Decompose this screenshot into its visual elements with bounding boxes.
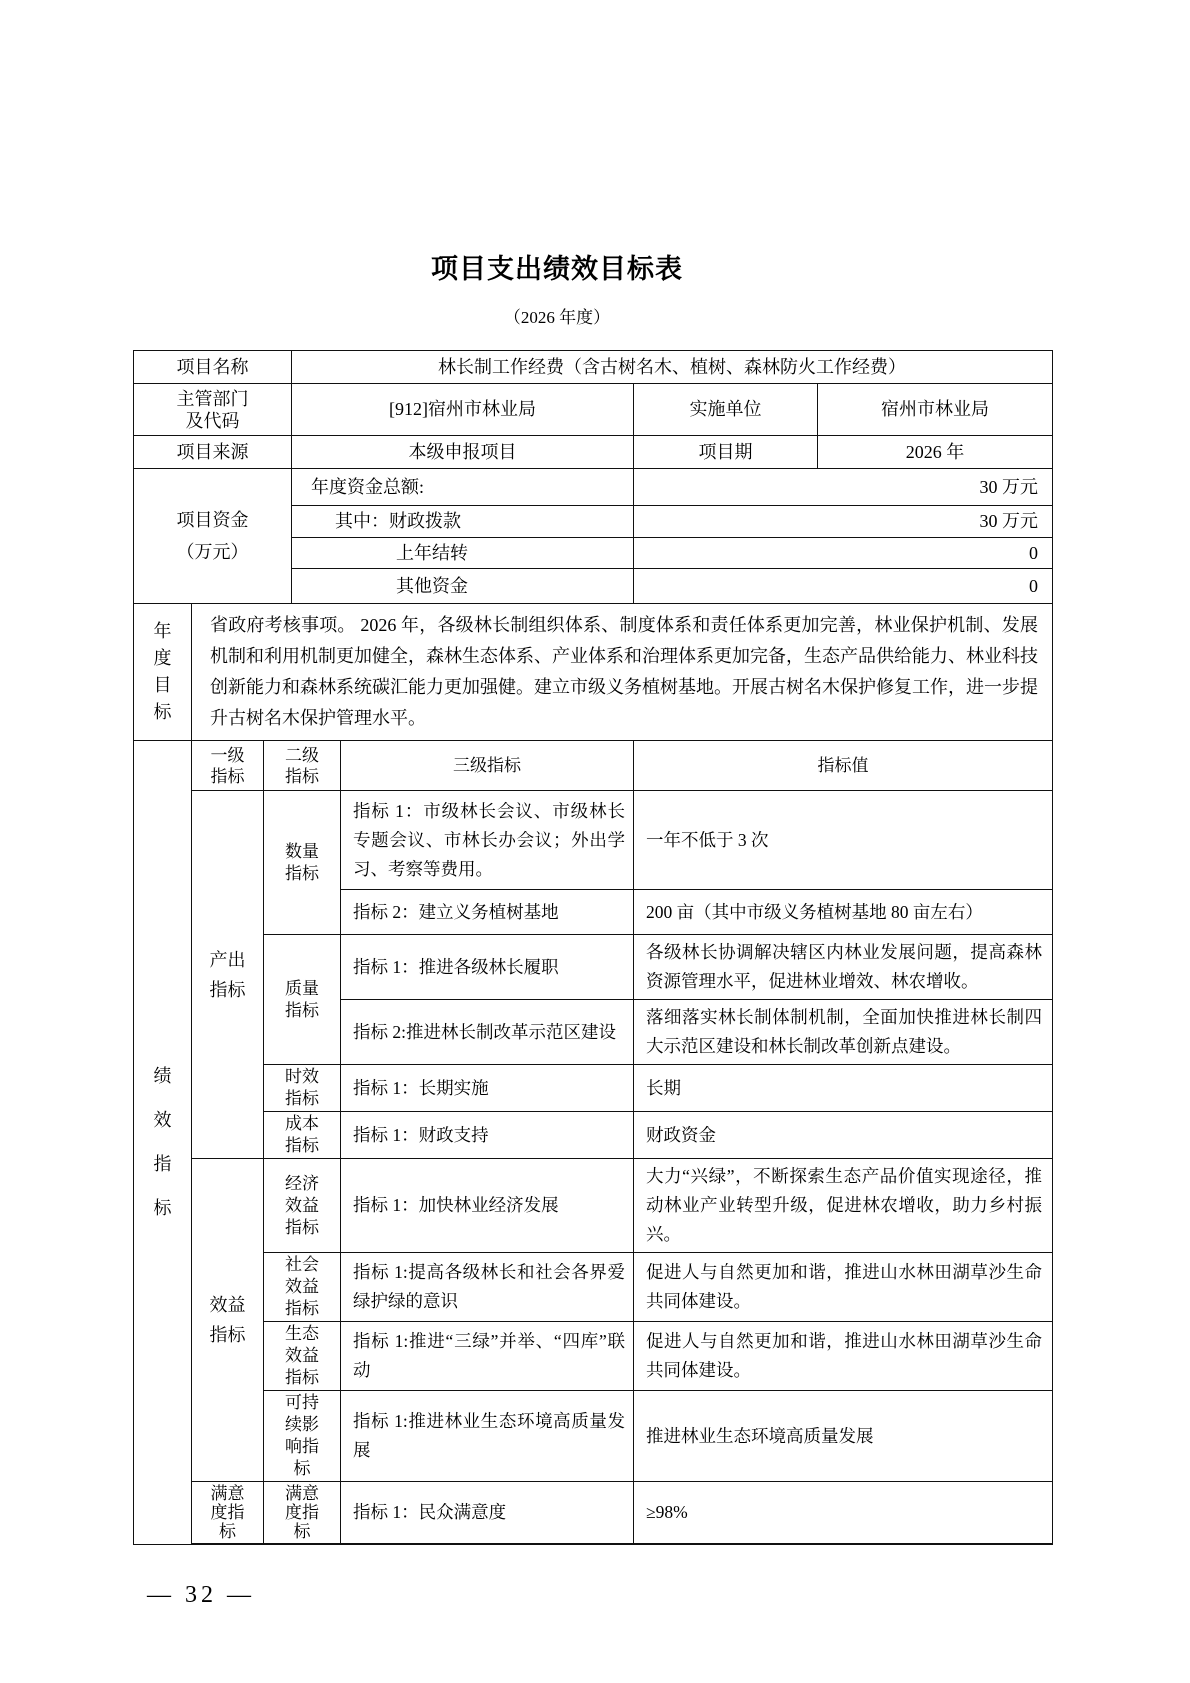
document-subtitle: （2026 年度） bbox=[95, 303, 1019, 328]
indicators-header-row: 绩 效 指 标 一级 指标 二级 指标 三级指标 指标值 bbox=[134, 741, 1053, 791]
annual-goal-table: 年 度 目 标 省政府考核事项。 2026 年，各级林长制组织体系、制度体系和责… bbox=[133, 603, 1053, 741]
indicator-cell: 指标 2:推进林长制改革示范区建设 bbox=[341, 1000, 634, 1065]
table-row: 年 度 目 标 省政府考核事项。 2026 年，各级林长制组织体系、制度体系和责… bbox=[134, 604, 1053, 741]
funding-total-value: 30 万元 bbox=[634, 469, 1053, 506]
table-row: 项目来源 本级申报项目 项目期 2026 年 bbox=[134, 436, 1053, 469]
table-row: 产出 指标 数量 指标 指标 1：市级林长会议、市级林长专题会议、市林长办会议；… bbox=[134, 791, 1053, 890]
indicator-cell: 指标 1：民众满意度 bbox=[341, 1482, 634, 1545]
indicator-cell: 指标 1:提高各级林长和社会各界爱绿护绿的意识 bbox=[341, 1253, 634, 1322]
annual-goal-label: 年 度 目 标 bbox=[134, 604, 192, 741]
level2-quality: 质量 指标 bbox=[264, 935, 341, 1065]
source-label: 项目来源 bbox=[134, 436, 292, 469]
period-label: 项目期 bbox=[634, 436, 818, 469]
funding-other-value: 0 bbox=[634, 569, 1053, 604]
impl-unit-value: 宿州市林业局 bbox=[818, 384, 1053, 436]
header-value: 指标值 bbox=[634, 741, 1053, 791]
indicator-cell: 指标 1：市级林长会议、市级林长专题会议、市林长办会议；外出学习、考察等费用。 bbox=[341, 791, 634, 890]
table-row: 生态 效益 指标 指标 1:推进“三绿”并举、“四库”联动 促进人与自然更加和谐… bbox=[134, 1322, 1053, 1391]
table-row: 项目名称 林长制工作经费（含古树名木、植树、森林防火工作经费） bbox=[134, 351, 1053, 384]
value-cell: 一年不低于 3 次 bbox=[634, 791, 1053, 890]
level1-benefit: 效益 指标 bbox=[192, 1159, 264, 1482]
level2-sustainable: 可持 续影 响指 标 bbox=[264, 1391, 341, 1482]
value-cell: 促进人与自然更加和谐，推进山水林田湖草沙生命共同体建设。 bbox=[634, 1253, 1053, 1322]
level2-ecological: 生态 效益 指标 bbox=[264, 1322, 341, 1391]
table-row: 效益 指标 经济 效益 指标 指标 1：加快林业经济发展 大力“兴绿”，不断探索… bbox=[134, 1159, 1053, 1253]
table-row: 项目资金 （万元） 年度资金总额: 30 万元 bbox=[134, 469, 1053, 506]
value-cell: ≥98% bbox=[634, 1482, 1053, 1545]
level2-satisfaction: 满意 度指 标 bbox=[264, 1482, 341, 1545]
value-cell: 落细落实林长制体制机制，全面加快推进林长制四大示范区建设和林长制改革创新点建设。 bbox=[634, 1000, 1053, 1065]
indicators-table: 绩 效 指 标 一级 指标 二级 指标 三级指标 指标值 产出 指标 数量 指标… bbox=[133, 740, 1053, 1545]
project-name-value: 林长制工作经费（含古树名木、植树、森林防火工作经费） bbox=[292, 351, 1053, 384]
table-row: 可持 续影 响指 标 指标 1:推进林业生态环境高质量发展 推进林业生态环境高质… bbox=[134, 1391, 1053, 1482]
funding-total-label: 年度资金总额: bbox=[292, 469, 634, 506]
level2-social: 社会 效益 指标 bbox=[264, 1253, 341, 1322]
value-cell: 推进林业生态环境高质量发展 bbox=[634, 1391, 1053, 1482]
value-cell: 200 亩（其中市级义务植树基地 80 亩左右） bbox=[634, 890, 1053, 935]
project-info-table: 项目名称 林长制工作经费（含古树名木、植树、森林防火工作经费） 主管部门 及代码… bbox=[133, 350, 1053, 604]
dept-value: [912]宿州市林业局 bbox=[292, 384, 634, 436]
table-row: 社会 效益 指标 指标 1:提高各级林长和社会各界爱绿护绿的意识 促进人与自然更… bbox=[134, 1253, 1053, 1322]
table-row: 时效 指标 指标 1：长期实施 长期 bbox=[134, 1065, 1053, 1112]
header-level2: 二级 指标 bbox=[264, 741, 341, 791]
period-value: 2026 年 bbox=[818, 436, 1053, 469]
indicators-side-label: 绩 效 指 标 bbox=[134, 741, 192, 1545]
level2-cost: 成本 指标 bbox=[264, 1112, 341, 1159]
funding-other-label: 其他资金 bbox=[292, 569, 634, 604]
project-name-label: 项目名称 bbox=[134, 351, 292, 384]
document-page: 项目支出绩效目标表 （2026 年度） 项目名称 林长制工作经费（含古树名木、植… bbox=[0, 0, 1190, 1683]
value-cell: 大力“兴绿”，不断探索生态产品价值实现途径，推动林业产业转型升级，促进林农增收，… bbox=[634, 1159, 1053, 1253]
value-cell: 长期 bbox=[634, 1065, 1053, 1112]
table-row: 成本 指标 指标 1：财政支持 财政资金 bbox=[134, 1112, 1053, 1159]
source-value: 本级申报项目 bbox=[292, 436, 634, 469]
indicator-cell: 指标 1：推进各级林长履职 bbox=[341, 935, 634, 1000]
funding-carryover-value: 0 bbox=[634, 538, 1053, 569]
table-row: 主管部门 及代码 [912]宿州市林业局 实施单位 宿州市林业局 bbox=[134, 384, 1053, 436]
dept-label: 主管部门 及代码 bbox=[134, 384, 292, 436]
header-level1: 一级 指标 bbox=[192, 741, 264, 791]
indicator-cell: 指标 2：建立义务植树基地 bbox=[341, 890, 634, 935]
indicator-cell: 指标 1:推进“三绿”并举、“四库”联动 bbox=[341, 1322, 634, 1391]
level2-economic: 经济 效益 指标 bbox=[264, 1159, 341, 1253]
impl-unit-label: 实施单位 bbox=[634, 384, 818, 436]
indicator-cell: 指标 1：财政支持 bbox=[341, 1112, 634, 1159]
value-cell: 财政资金 bbox=[634, 1112, 1053, 1159]
funding-fiscal-value: 30 万元 bbox=[634, 506, 1053, 538]
performance-target-table: 项目名称 林长制工作经费（含古树名木、植树、森林防火工作经费） 主管部门 及代码… bbox=[133, 350, 1052, 1545]
document-title: 项目支出绩效目标表 bbox=[95, 247, 1019, 286]
indicator-cell: 指标 1:推进林业生态环境高质量发展 bbox=[341, 1391, 634, 1482]
header-level3: 三级指标 bbox=[341, 741, 634, 791]
table-row: 满意 度指 标 满意 度指 标 指标 1：民众满意度 ≥98% bbox=[134, 1482, 1053, 1545]
funding-carryover-label: 上年结转 bbox=[292, 538, 634, 569]
level2-quantity: 数量 指标 bbox=[264, 791, 341, 935]
indicator-cell: 指标 1：加快林业经济发展 bbox=[341, 1159, 634, 1253]
level1-output: 产出 指标 bbox=[192, 791, 264, 1159]
level1-satisfaction: 满意 度指 标 bbox=[192, 1482, 264, 1545]
indicator-cell: 指标 1：长期实施 bbox=[341, 1065, 634, 1112]
value-cell: 促进人与自然更加和谐，推进山水林田湖草沙生命共同体建设。 bbox=[634, 1322, 1053, 1391]
funding-label: 项目资金 （万元） bbox=[134, 469, 292, 604]
annual-goal-text: 省政府考核事项。 2026 年，各级林长制组织体系、制度体系和责任体系更加完善，… bbox=[192, 604, 1053, 741]
level2-timeliness: 时效 指标 bbox=[264, 1065, 341, 1112]
page-number: — 32 — bbox=[147, 1582, 255, 1609]
funding-fiscal-label: 其中：财政拨款 bbox=[292, 506, 634, 538]
table-row: 质量 指标 指标 1：推进各级林长履职 各级林长协调解决辖区内林业发展问题，提高… bbox=[134, 935, 1053, 1000]
value-cell: 各级林长协调解决辖区内林业发展问题，提高森林资源管理水平，促进林业增效、林农增收… bbox=[634, 935, 1053, 1000]
